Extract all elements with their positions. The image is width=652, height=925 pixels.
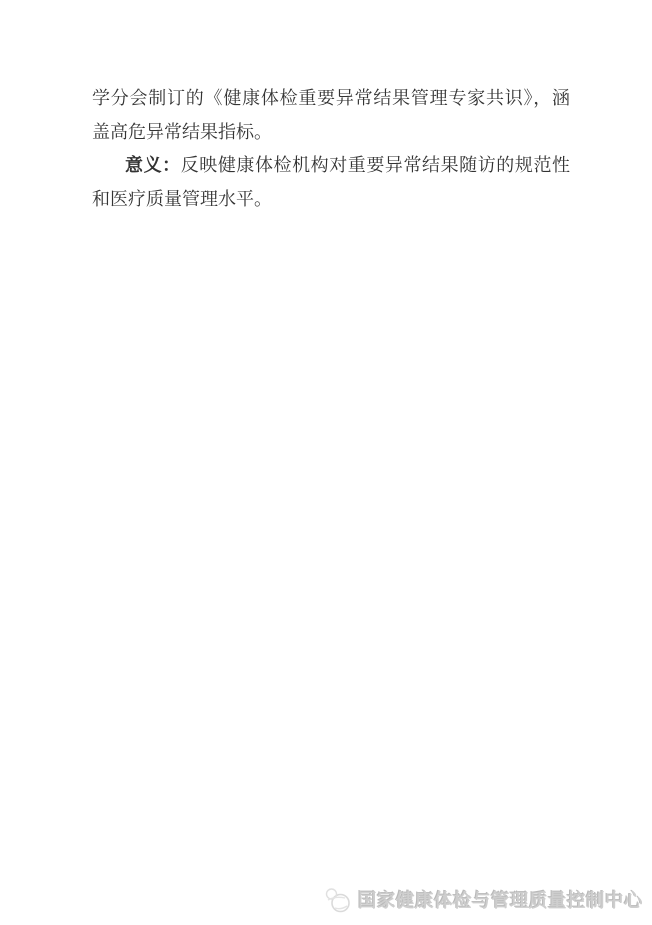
significance-label: 意义：	[125, 155, 181, 175]
paragraph-consensus-line-1: 学分会制订的《健康体检重要异常结果管理专家共识》，涵	[92, 82, 570, 116]
significance-line-1-text: 反映健康体检机构对重要异常结果随访的规范性	[181, 155, 570, 175]
paragraph-consensus: 学分会制订的《健康体检重要异常结果管理专家共识》，涵 盖高危异常结果指标。	[92, 82, 570, 149]
paragraph-significance: 意义：反映健康体检机构对重要异常结果随访的规范性 和医疗质量管理水平。	[92, 149, 570, 216]
paragraph-significance-line-1: 意义：反映健康体检机构对重要异常结果随访的规范性	[92, 149, 570, 183]
page-body-text: 学分会制订的《健康体检重要异常结果管理专家共识》，涵 盖高危异常结果指标。 意义…	[92, 82, 570, 216]
footer-watermark-text: 国家健康体检与管理质量控制中心	[358, 887, 643, 913]
paragraph-consensus-line-2: 盖高危异常结果指标。	[92, 116, 570, 150]
paragraph-significance-line-2: 和医疗质量管理水平。	[92, 183, 570, 217]
document-page: 学分会制订的《健康体检重要异常结果管理专家共识》，涵 盖高危异常结果指标。 意义…	[0, 0, 652, 925]
footer-watermark: 国家健康体检与管理质量控制中心	[323, 886, 643, 914]
quality-control-center-logo-icon	[323, 886, 351, 914]
